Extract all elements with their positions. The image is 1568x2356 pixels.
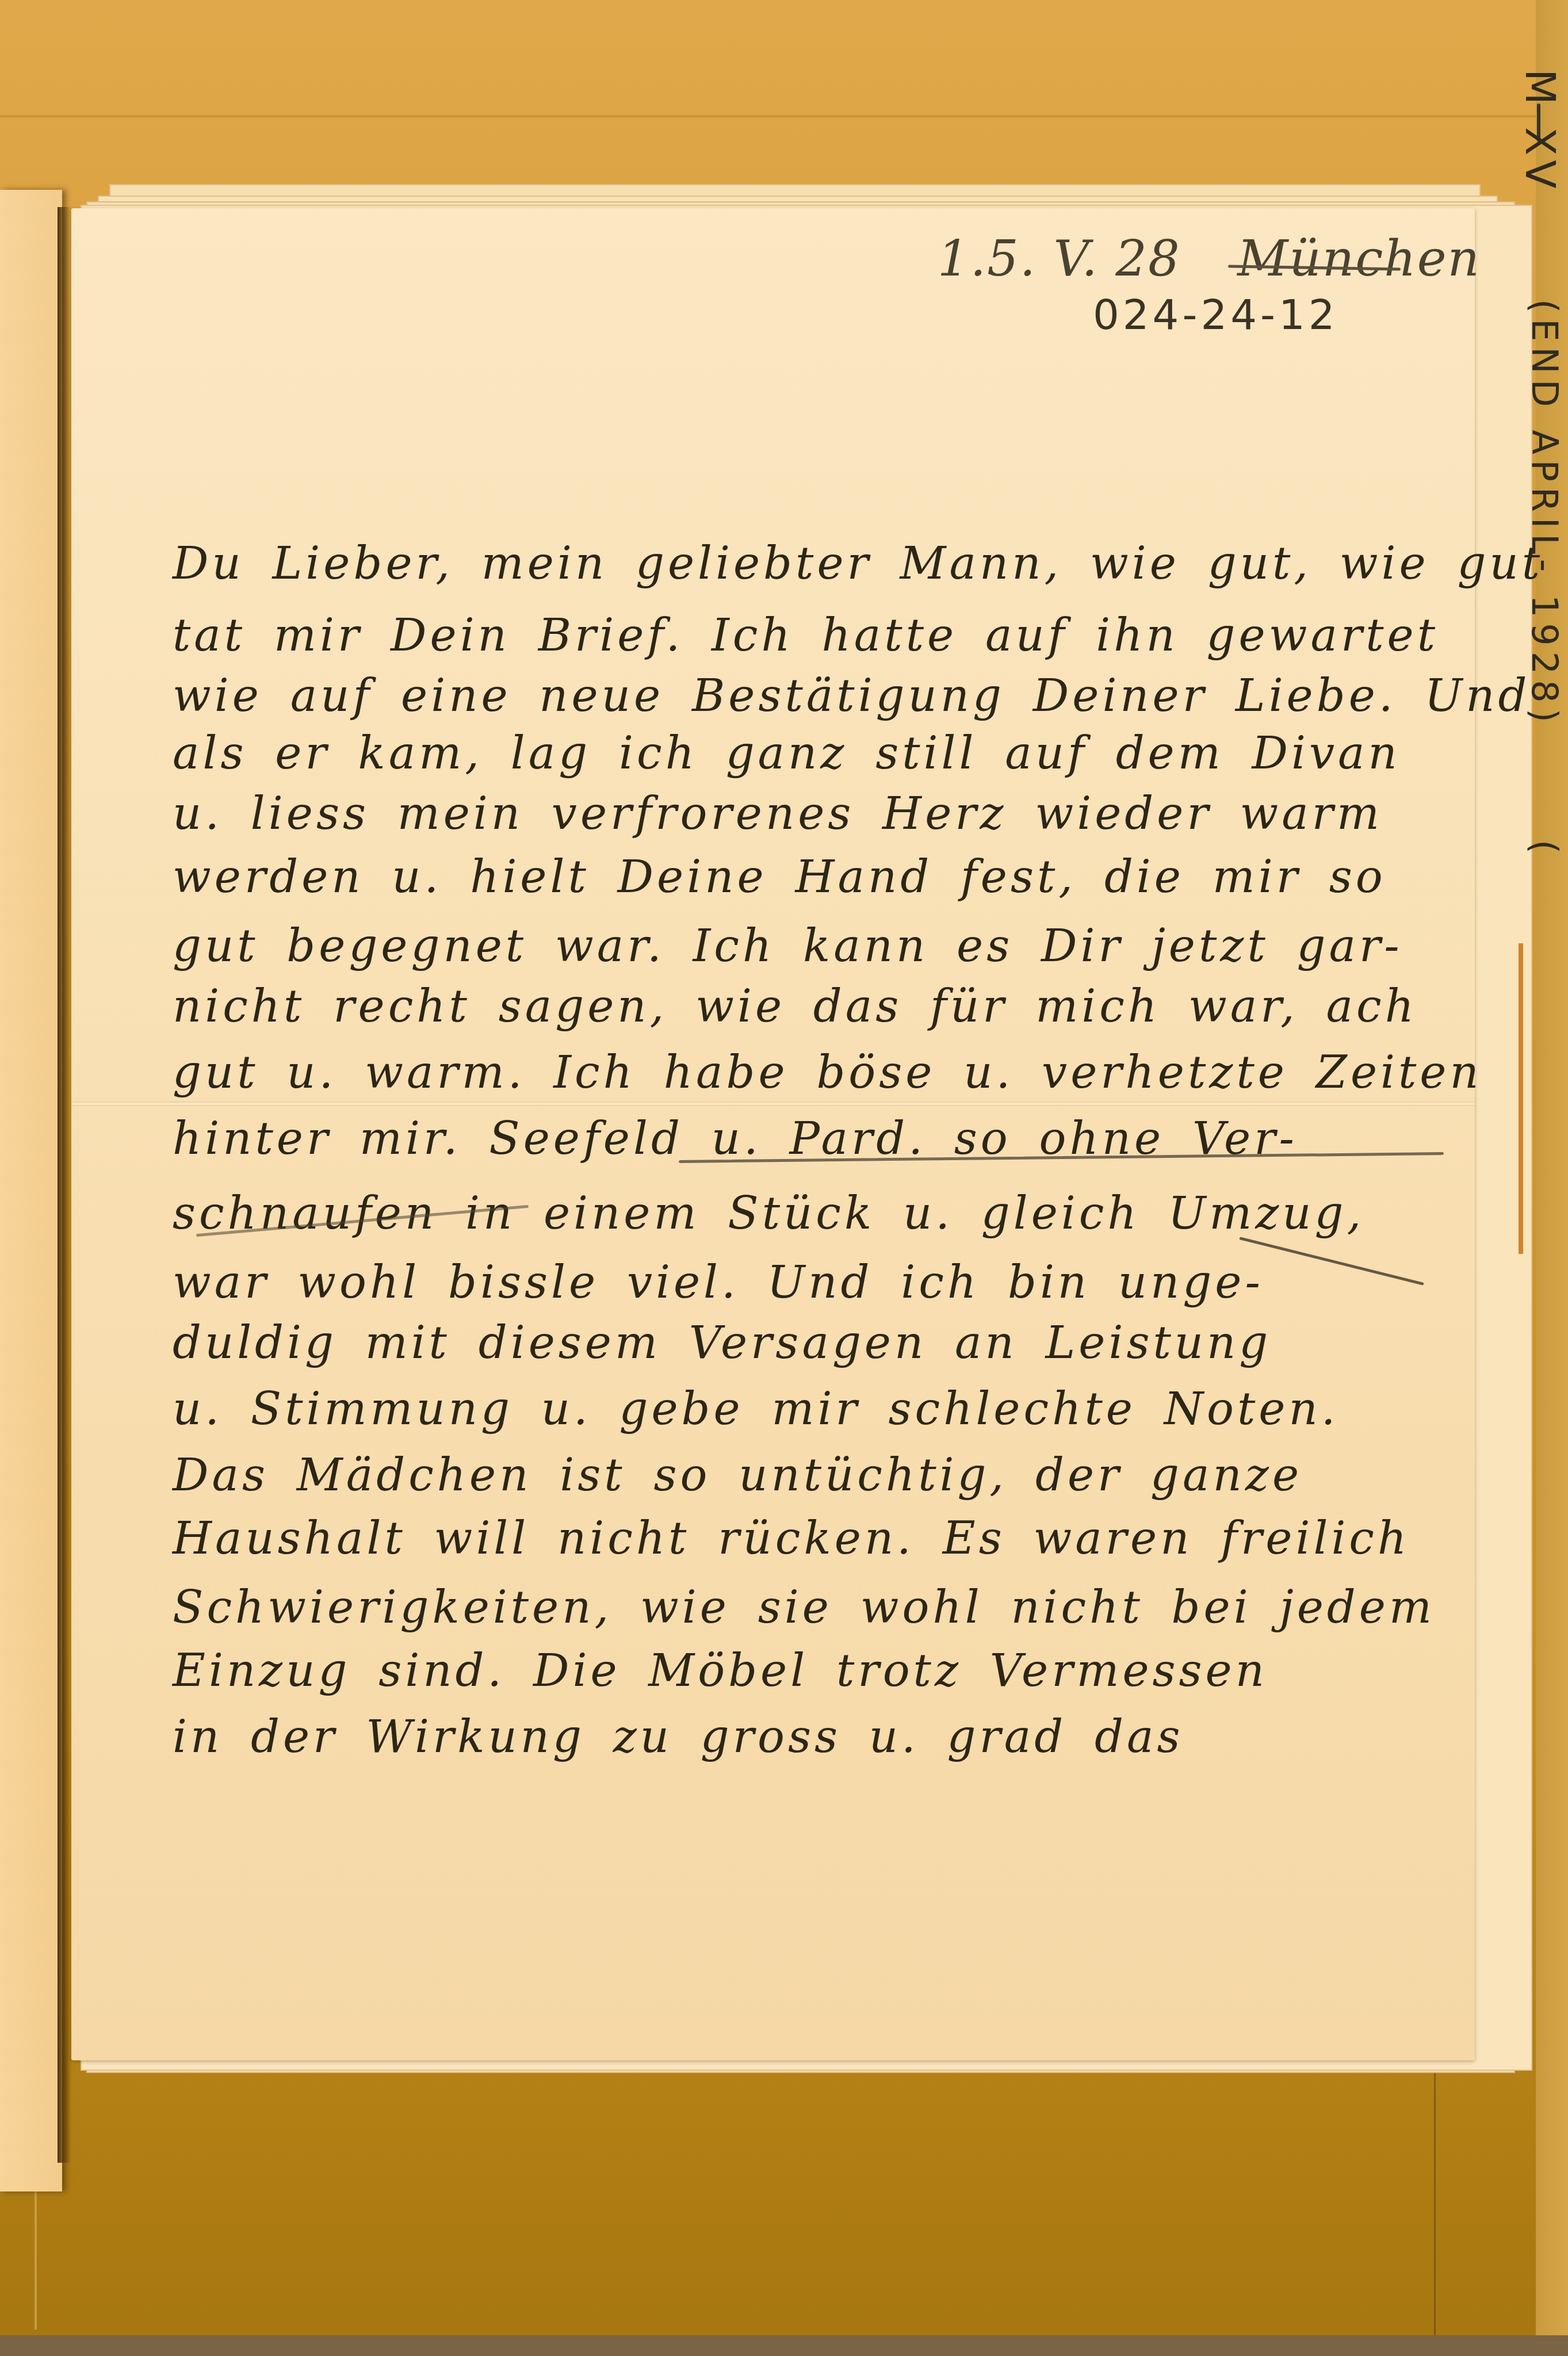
letter-line: gut begegnet war. Ich kann es Dir jetzt …: [173, 920, 1403, 972]
letter-place: München: [1237, 230, 1481, 288]
archive-partial-mark: (: [1524, 840, 1566, 854]
letter-line: Das Mädchen ist so untüchtig, der ganze: [173, 1449, 1302, 1501]
letter-line: Haushalt will nicht rücken. Es waren fre…: [173, 1513, 1410, 1565]
page-fold-line: [71, 1101, 1475, 1106]
letter-line: werden u. hielt Deine Hand fest, die mir…: [173, 851, 1386, 903]
letter-line: Du Lieber, mein geliebter Mann, wie gut,…: [173, 538, 1543, 590]
letter-line: als er kam, lag ich ganz still auf dem D…: [173, 728, 1401, 779]
letter-date: 1.5. V. 28: [938, 230, 1181, 288]
letter-line: Einzug sind. Die Möbel trotz Vermessen: [173, 1645, 1268, 1697]
letter-line: u. Stimmung u. gebe mir schlechte Noten.: [173, 1383, 1338, 1435]
reference-number: 024-24-12: [1093, 290, 1338, 339]
letter-line: in der Wirkung zu gross u. grad das: [173, 1711, 1184, 1763]
letter-line: wie auf eine neue Bestätigung Deiner Lie…: [173, 670, 1530, 722]
letter-line: nicht recht sagen, wie das für mich war,…: [173, 981, 1417, 1032]
archive-date-range: (END APRIL- 1928): [1524, 299, 1566, 728]
letter-line: war wohl bissle viel. Und ich bin unge-: [173, 1257, 1264, 1309]
folder-seam-line: [1434, 2059, 1436, 2335]
table-surface: [0, 2335, 1568, 2356]
letter-line: Schwierigkeiten, wie sie wohl nicht bei …: [173, 1582, 1435, 1634]
letter-line: duldig mit diesem Versagen an Leistung: [173, 1317, 1271, 1369]
folder-tab-edge: [1519, 943, 1523, 1254]
letter-line: tat mir Dein Brief. Ich hatte auf ihn ge…: [173, 610, 1439, 661]
letter-line: u. liess mein verfrorenes Herz wieder wa…: [173, 788, 1383, 840]
previous-page-edge: [0, 190, 62, 2191]
letter-line: schnaufen in einem Stück u. gleich Umzug…: [173, 1188, 1364, 1240]
letter-date-place: 1.5. V. 28 München: [938, 230, 1481, 288]
archive-mark: M XV: [1516, 69, 1565, 193]
page-gutter-shadow: [58, 207, 71, 2163]
folder-crease: [0, 115, 1568, 117]
letter-line: gut u. warm. Ich habe böse u. verhetzte …: [173, 1047, 1482, 1099]
